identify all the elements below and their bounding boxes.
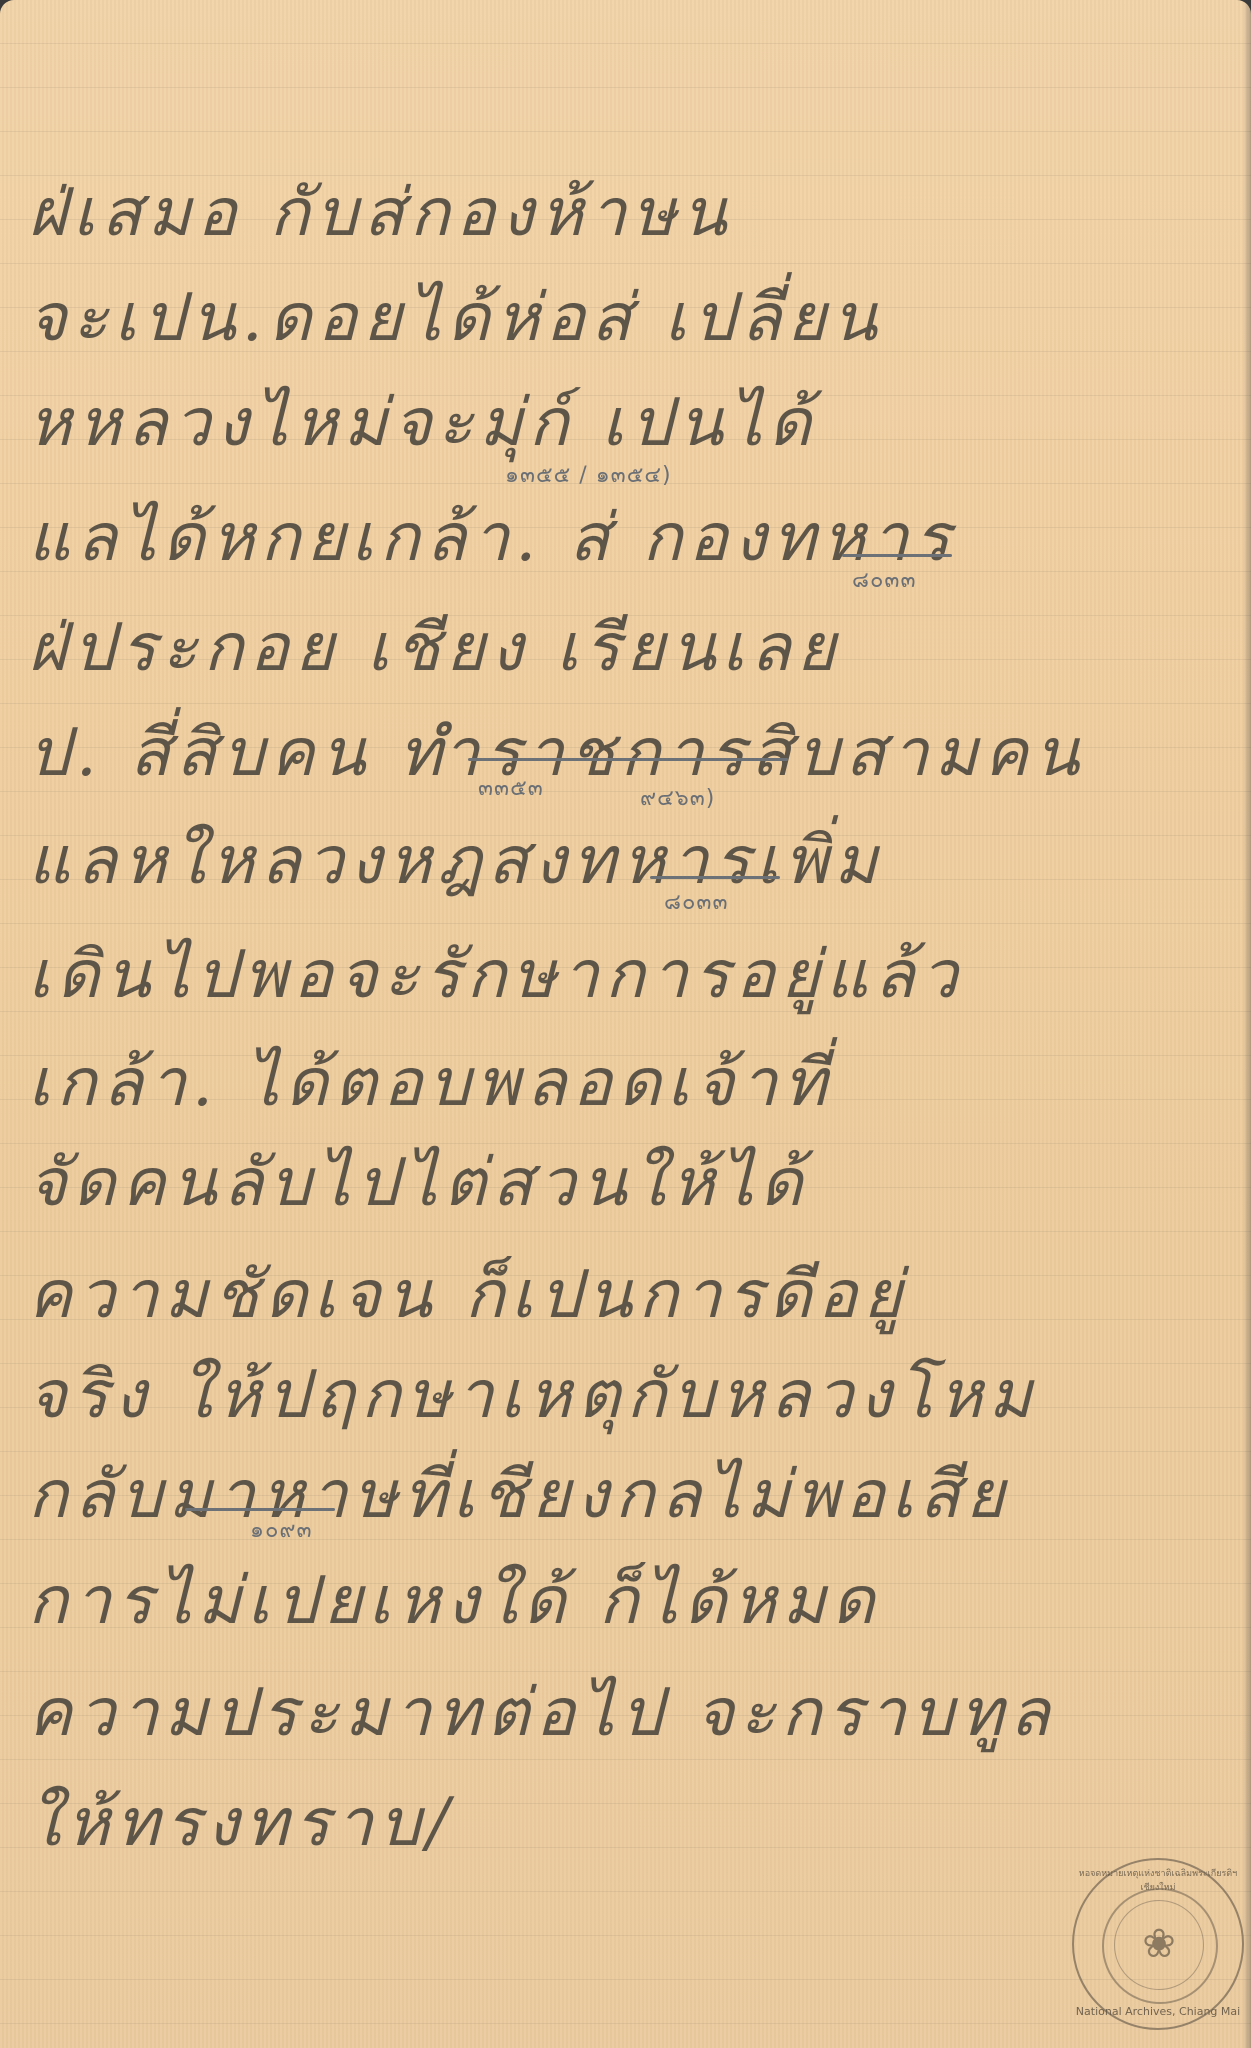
- handwritten-line-6: ป. สี่สิบคน ทำราชการสิบสามคน: [28, 720, 1085, 786]
- seal-english-text: National Archives, Chiang Mai: [1074, 2005, 1242, 2018]
- document-page: ฝ่เสมอ กับส่กองห้าษน จะเปน.ดอยได้ห่อส่ เ…: [0, 0, 1251, 2048]
- handwritten-line-11: ความชัดเจน ก็เปนการดีอยู่: [28, 1262, 908, 1328]
- handwritten-line-14: การไม่เปยเหงใด้ ก็ได้หมด: [28, 1568, 881, 1634]
- handwritten-line-4: แลได้หกยเกล้า. ส่ กองทหาร: [28, 505, 956, 571]
- annotation-numerals: ๑๐๙๓: [250, 1512, 313, 1547]
- annotation-numerals: ๘๐๓๓: [852, 562, 916, 597]
- annotation-numerals: ๓๓๕๓: [478, 770, 544, 805]
- handwritten-line-7: แลหใหลวงหฎสงทหารเพิ่ม: [28, 828, 883, 894]
- archive-seal: หอจดหมายเหตุแห่งชาติเฉลิมพระเกียรติฯ เชี…: [1072, 1858, 1244, 2030]
- handwritten-line-5: ฝ่ประกอย เชียง เรียนเลย: [28, 615, 841, 681]
- handwritten-line-13: กลับมาหาษที่เชียงกลไม่พอเสีย: [28, 1462, 1010, 1528]
- handwritten-line-12: จริง ให้ปฤกษาเหตุกับหลวงโหม: [28, 1362, 1038, 1428]
- seal-ring: ❀: [1102, 1888, 1218, 2004]
- handwritten-line-3: หหลวงไหม่จะมุ่ก์ เปนได้: [28, 390, 817, 456]
- underline-mark: [185, 1508, 335, 1511]
- page-edge-shadow: [1243, 0, 1251, 2048]
- handwritten-line-8: เดินไปพอจะรักษาการอยู่แล้ว: [28, 942, 964, 1008]
- ganesha-icon: ❀: [1137, 1915, 1181, 1973]
- seal-inner-ring: ❀: [1114, 1900, 1204, 1990]
- handwritten-line-1: ฝ่เสมอ กับส่กองห้าษน: [28, 180, 733, 246]
- underline-mark: [650, 876, 780, 879]
- underline-mark: [842, 554, 952, 557]
- handwritten-line-9: เกล้า. ได้ตอบพลอดเจ้าที่: [28, 1050, 833, 1116]
- handwritten-line-15: ความประมาทต่อไป จะกราบทูล: [28, 1680, 1056, 1746]
- handwritten-line-2: จะเปน.ดอยได้ห่อส่ เปลี่ยน: [28, 285, 883, 351]
- handwritten-line-16: ให้ทรงทราบ/: [28, 1790, 455, 1856]
- annotation-numerals: ๘๐๓๓: [664, 884, 728, 919]
- handwritten-line-10: จัดคนลับไปไต่สวนให้ได้: [28, 1150, 809, 1216]
- underline-mark: [468, 758, 788, 761]
- annotation-numerals: ๑๓๕๕ / ๑๓๕๔): [505, 457, 672, 492]
- annotation-numerals: ๙๔๖๓): [640, 780, 715, 815]
